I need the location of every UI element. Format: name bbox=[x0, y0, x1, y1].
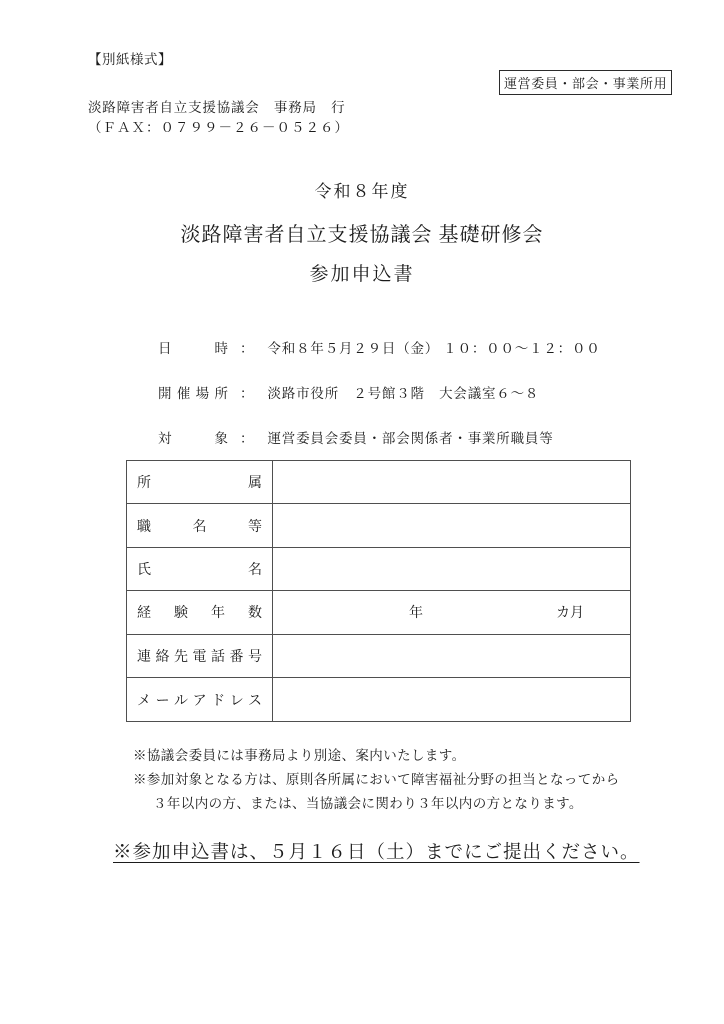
attachment-format-label: 【別紙様式】 bbox=[88, 48, 172, 68]
table-row-name: 氏名 bbox=[127, 548, 630, 591]
application-form-page: 【別紙様式】 運営委員・部会・事業所用 淡路障害者自立支援協議会 事務局 行 （… bbox=[0, 0, 724, 1024]
experience-year-unit: 年 bbox=[409, 602, 423, 622]
row-label-cell: 氏名 bbox=[127, 548, 273, 590]
detail-label: 日時 bbox=[158, 337, 228, 357]
row-input-cell bbox=[273, 678, 630, 721]
row-label: 氏名 bbox=[137, 559, 262, 579]
row-input-cell bbox=[273, 548, 630, 590]
row-label-cell: 連絡先電話番号 bbox=[127, 635, 273, 677]
fiscal-year-title: 令和８年度 bbox=[0, 177, 724, 202]
footnote-line: ※協議会委員には事務局より別途、案内いたします。 bbox=[133, 746, 620, 765]
row-label-cell: 所属 bbox=[127, 461, 273, 503]
detail-line-datetime: 日時 ： 令和８年５月２９日（金） １０：００～１２：００ bbox=[158, 337, 601, 352]
detail-line-venue: 開催場所 ： 淡路市役所 ２号館３階 大会議室６～８ bbox=[158, 382, 601, 397]
table-row-job-title: 職名等 bbox=[127, 504, 630, 547]
row-label-cell: 職名等 bbox=[127, 504, 273, 546]
row-label: 経験年数 bbox=[137, 602, 262, 622]
detail-label: 開催場所 bbox=[158, 382, 228, 402]
table-row-phone: 連絡先電話番号 bbox=[127, 635, 630, 678]
fax-number-line: （ＦＡＸ：０７９９－２６－０５２６） bbox=[88, 116, 349, 136]
row-input-cell bbox=[273, 504, 630, 546]
detail-colon: ： bbox=[240, 382, 254, 402]
usage-tag-box: 運営委員・部会・事業所用 bbox=[499, 70, 672, 95]
table-row-affiliation: 所属 bbox=[127, 461, 630, 504]
footnotes: ※協議会委員には事務局より別途、案内いたします。 ※参加対象となる方は、原則各所… bbox=[133, 746, 620, 818]
submission-deadline-notice: ※参加申込書は、５月１６日（土）までにご提出ください。 bbox=[113, 838, 640, 864]
detail-line-audience: 対象 ： 運営委員会委員・部会関係者・事業所職員等 bbox=[158, 427, 601, 442]
row-label-cell: メールアドレス bbox=[127, 678, 273, 721]
table-row-experience: 経験年数 年 カ月 bbox=[127, 591, 630, 634]
footnote-line: ※参加対象となる方は、原則各所属において障害福祉分野の担当となってから bbox=[133, 770, 620, 789]
application-table: 所属 職名等 氏名 経験年数 年 カ月 連 bbox=[126, 460, 631, 722]
detail-value: 運営委員会委員・部会関係者・事業所職員等 bbox=[268, 427, 554, 447]
recipient-line: 淡路障害者自立支援協議会 事務局 行 bbox=[88, 96, 345, 116]
footnote-line-continued: ３年以内の方、または、当協議会に関わり３年以内の方となります。 bbox=[133, 794, 620, 813]
row-input-cell bbox=[273, 635, 630, 677]
detail-value: 令和８年５月２９日（金） １０：００～１２：００ bbox=[268, 337, 601, 357]
row-label: 職名等 bbox=[137, 516, 262, 536]
detail-colon: ： bbox=[240, 427, 254, 447]
row-input-cell bbox=[273, 461, 630, 503]
experience-month-unit: カ月 bbox=[556, 602, 584, 622]
row-label-cell: 経験年数 bbox=[127, 591, 273, 633]
detail-value: 淡路市役所 ２号館３階 大会議室６～８ bbox=[268, 382, 540, 402]
form-title: 参加申込書 bbox=[0, 259, 724, 286]
detail-colon: ： bbox=[240, 337, 254, 357]
event-title: 淡路障害者自立支援協議会 基礎研修会 bbox=[0, 218, 724, 247]
table-row-email: メールアドレス bbox=[127, 678, 630, 721]
row-input-cell: 年 カ月 bbox=[273, 591, 630, 633]
row-label: 連絡先電話番号 bbox=[137, 646, 262, 666]
detail-label: 対象 bbox=[158, 427, 228, 447]
row-label: メールアドレス bbox=[137, 690, 262, 710]
row-label: 所属 bbox=[137, 472, 262, 492]
event-details: 日時 ： 令和８年５月２９日（金） １０：００～１２：００ 開催場所 ： 淡路市… bbox=[158, 337, 601, 472]
